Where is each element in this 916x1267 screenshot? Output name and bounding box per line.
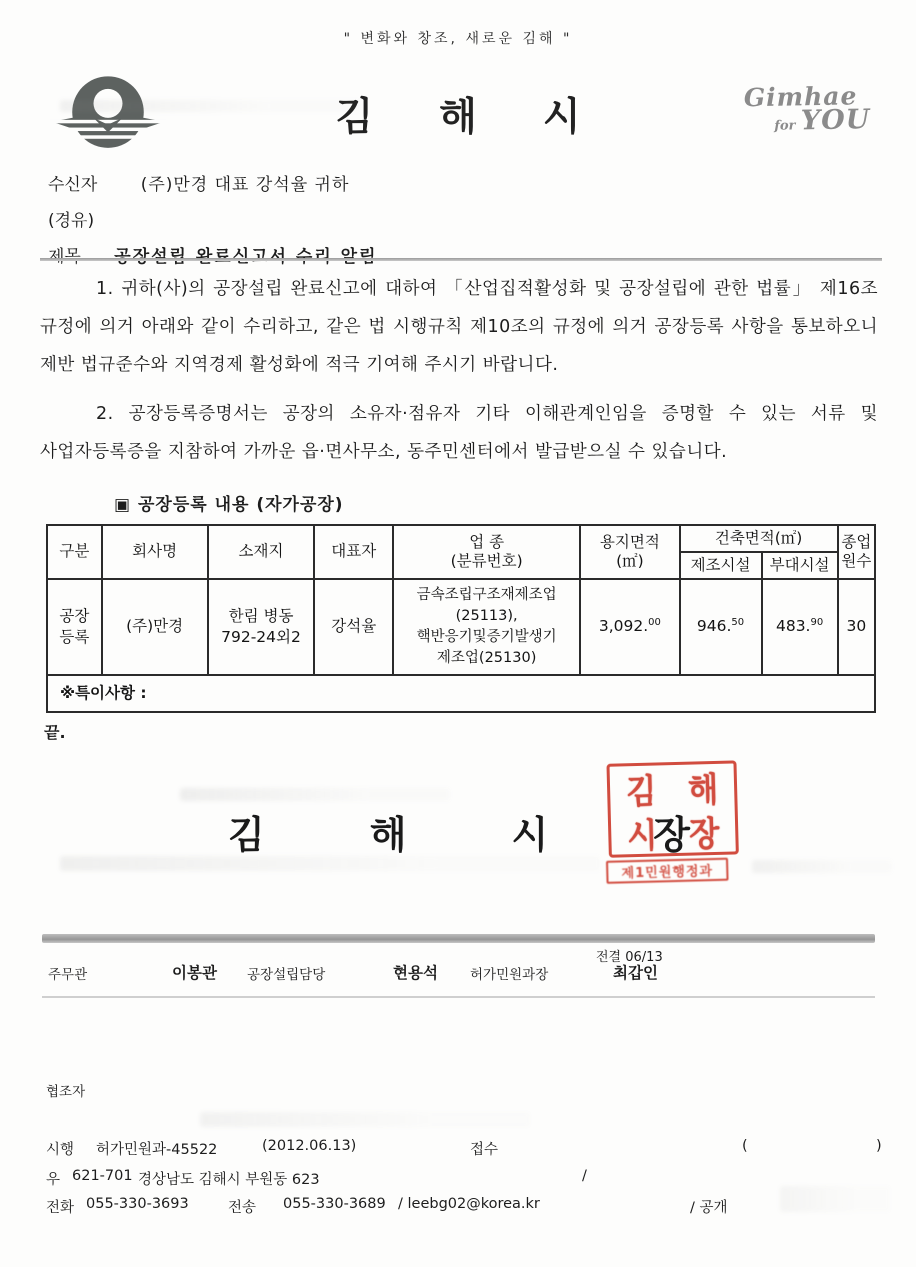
zip-code: 621-701 bbox=[72, 1168, 133, 1184]
cell-industry: 금속조립구조재제조업(25113), 핵반응기및증기발생기제조업(25130) bbox=[393, 579, 580, 675]
col-header-employees: 종업원수 bbox=[838, 525, 875, 579]
officer-name: 이봉관 bbox=[172, 961, 217, 983]
chief-title: 허가민원과장 bbox=[470, 963, 548, 983]
body-paragraph-2: 2. 공장등록증명서는 공장의 소유자·점유자 기타 이해관계인임을 증명할 수… bbox=[40, 395, 878, 471]
tel-number: 055-330-3693 bbox=[86, 1196, 189, 1212]
city-slogan: " 변화와 창조, 새로운 김해 " bbox=[0, 28, 916, 48]
email-value: / leebg02@korea.kr bbox=[398, 1196, 540, 1212]
cell-ceo: 강석율 bbox=[314, 579, 393, 675]
cell-employees: 30 bbox=[838, 579, 875, 675]
col-header-ceo: 대표자 bbox=[314, 525, 393, 579]
document-meta: 수신자 (주)만경 대표 강석율 귀하 (경유) 제목 공장설립 완료신고서 수… bbox=[48, 170, 378, 278]
scan-artifact-band bbox=[42, 934, 875, 943]
scan-artifact bbox=[200, 1112, 530, 1127]
section-heading: ▣ 공장등록 내용 (자가공장) bbox=[114, 490, 344, 515]
paren-open: ( bbox=[742, 1138, 748, 1154]
scanned-official-document: " 변화와 창조, 새로운 김해 " 김해시 Gimhae for YOU 수신… bbox=[0, 0, 916, 1267]
disclosure-label: / 공개 bbox=[690, 1196, 728, 1217]
col-header-building-area: 건축면적(㎡) bbox=[680, 525, 838, 552]
scan-artifact bbox=[780, 1186, 890, 1212]
chief-name: 최갑인 bbox=[613, 961, 658, 983]
square-marker-icon: ▣ bbox=[114, 495, 131, 515]
col-header-auxiliary: 부대시설 bbox=[762, 552, 838, 579]
seal-sub-label: 제1민원행정과 bbox=[606, 858, 729, 884]
signature-char: 김 bbox=[228, 804, 265, 859]
title-char: 해 bbox=[439, 86, 477, 142]
signature-char: 장 bbox=[653, 804, 690, 859]
scan-artifact bbox=[752, 860, 892, 873]
scan-artifact bbox=[60, 100, 360, 112]
staff-name: 현용석 bbox=[393, 961, 438, 983]
col-header-gubun: 구분 bbox=[47, 525, 102, 579]
slash-separator: / bbox=[582, 1168, 587, 1184]
paren-close: ) bbox=[876, 1138, 882, 1154]
cell-land-area: 3,092.00 bbox=[580, 579, 679, 675]
divider bbox=[42, 996, 875, 998]
staff-title: 공장설립담당 bbox=[247, 963, 325, 983]
brand-word: for bbox=[774, 118, 795, 133]
col-header-company: 회사명 bbox=[102, 525, 208, 579]
special-note-row: ※특이사항 : bbox=[47, 675, 875, 712]
gimhae-for-you-logo: Gimhae for YOU bbox=[744, 83, 895, 136]
cell-manufacturing-area: 946.50 bbox=[680, 579, 762, 675]
table-row: 공장등록 (주)만경 한림 병동792-24외2 강석율 금속조립구조재제조업(… bbox=[47, 579, 875, 675]
col-header-manufacturing: 제조시설 bbox=[680, 552, 762, 579]
dispatch-label: 시행 bbox=[46, 1138, 74, 1159]
officer-title: 주무관 bbox=[48, 963, 87, 983]
document-number: 허가민원과-45522 bbox=[96, 1138, 217, 1159]
col-header-address: 소재지 bbox=[208, 525, 315, 579]
mayor-signature: 김 해 시 장 bbox=[228, 804, 690, 859]
tel-label: 전화 bbox=[46, 1196, 74, 1217]
cell-type: 공장등록 bbox=[47, 579, 102, 675]
factory-registration-table: 구분 회사명 소재지 대표자 업 종(분류번호) 용지면적(㎡) 건축면적(㎡)… bbox=[46, 524, 876, 713]
title-char: 시 bbox=[543, 86, 581, 142]
dispatch-date: (2012.06.13) bbox=[262, 1138, 356, 1154]
brand-word: YOU bbox=[801, 104, 871, 136]
cell-auxiliary-area: 483.90 bbox=[762, 579, 838, 675]
fax-label: 전송 bbox=[228, 1196, 256, 1217]
address-value: 경상남도 김해시 부원동 623 bbox=[138, 1168, 320, 1189]
divider bbox=[40, 258, 882, 261]
title-char: 김 bbox=[335, 86, 373, 142]
subject-value: 공장설립 완료신고서 수리 알림 bbox=[114, 247, 377, 267]
signature-char: 시 bbox=[512, 804, 549, 859]
cooperator-label: 협조자 bbox=[46, 1080, 85, 1100]
scan-artifact bbox=[180, 788, 450, 801]
col-header-industry: 업 종(분류번호) bbox=[393, 525, 580, 579]
cell-company: (주)만경 bbox=[102, 579, 208, 675]
body-paragraph-1: 1. 귀하(사)의 공장설립 완료신고에 대하여 「산업집적활성화 및 공장설립… bbox=[40, 270, 878, 384]
closing-mark: 끝. bbox=[44, 720, 66, 743]
col-header-land-area: 용지면적(㎡) bbox=[580, 525, 679, 579]
signature-char: 해 bbox=[370, 804, 407, 859]
zip-label: 우 bbox=[46, 1168, 60, 1189]
receipt-label: 접수 bbox=[470, 1138, 498, 1159]
subject-label: 제목 bbox=[48, 242, 81, 267]
fax-number: 055-330-3689 bbox=[283, 1196, 386, 1212]
via-label: (경유) bbox=[48, 206, 378, 231]
recipient-value: (주)만경 대표 강석율 귀하 bbox=[141, 175, 350, 195]
recipient-label: 수신자 bbox=[48, 170, 97, 195]
cell-address: 한림 병동792-24외2 bbox=[208, 579, 315, 675]
